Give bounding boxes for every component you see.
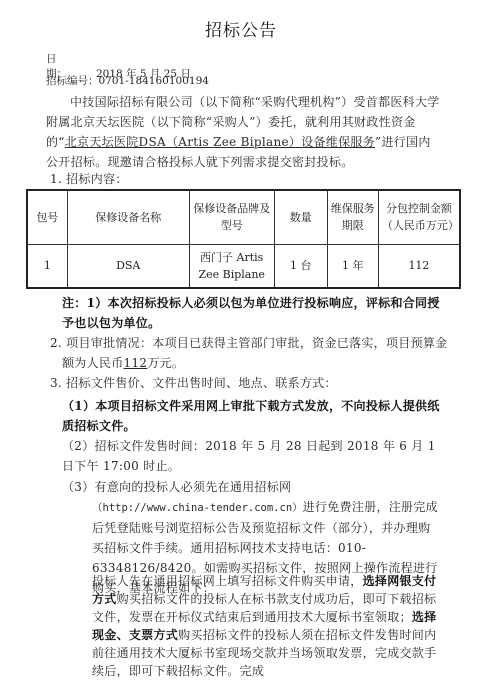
header-service-period: 维保服务期限: [327, 190, 378, 244]
header-service-period-line2: 期限: [342, 219, 364, 232]
cell-quantity: 1 台: [274, 244, 327, 288]
note-paragraph: 注：1）本次招标投标人必须以包为单位进行投标响应，评标和合同授予也以包为单位。: [62, 293, 442, 333]
header-amount-line1: 分包控制金额: [386, 202, 452, 215]
header-brand-model-line1: 保修设备品牌及: [193, 202, 270, 215]
section-2-text-2: 万元。: [147, 356, 184, 370]
project-name: 北京天坛医院DSA（Artis Zee Biplane）设备维保服务: [65, 135, 375, 149]
item-1-paragraph: （1）本项目招标文件采用网上审批下载方式发放，不向投标人提供纸质招标文件。: [62, 396, 442, 436]
tender-content-table: 包号 保修设备名称 保修设备品牌及型号 数量 维保服务期限 分包控制金额（人民币…: [26, 189, 461, 289]
tender-number-label: 招标编号：: [46, 73, 99, 88]
intro-paragraph: 中技国际招标有限公司（以下简称“采购代理机构”）受首都医科大学附属北京天坛医院（…: [46, 92, 442, 172]
header-brand-model-line2: 型号: [221, 219, 243, 232]
flow-text-1: 投标人先在通用招标网上填写招标文件购买申请，: [92, 574, 363, 588]
table-header-row: 包号 保修设备名称 保修设备品牌及型号 数量 维保服务期限 分包控制金额（人民币…: [27, 190, 460, 244]
tender-notice-page: 招标公告 日 期：2018 年 5 月 25 日 招标编号：0701-18416…: [0, 0, 482, 700]
flow-text-2: 购买招标文件的投标人在标书款支付成功后，即可下载招标文件，发票在开标仪式结束后到…: [92, 592, 436, 624]
tender-number-value: 0701-184160100194: [99, 75, 209, 87]
section-2-paragraph: 2. 项目审批情况：本项目已获得主管部门审批，资金已落实，项目预算金额为人民币1…: [50, 333, 454, 373]
cell-brand-model: 西门子 ArtisZee Biplane: [189, 244, 274, 288]
cell-service-period: 1 年: [327, 244, 378, 288]
header-quantity: 数量: [274, 190, 327, 244]
cell-brand-model-line2: Zee Biplane: [198, 268, 264, 281]
budget-amount: 112: [124, 356, 148, 370]
cell-brand-model-line1: 西门子 Artis: [200, 251, 263, 264]
cell-equipment-name: DSA: [67, 244, 189, 288]
header-package-no: 包号: [27, 190, 67, 244]
header-amount: 分包控制金额（人民币万元）: [378, 190, 460, 244]
header-brand-model: 保修设备品牌及型号: [189, 190, 274, 244]
china-tender-url: （http://www.china-tender.com.cn）: [92, 502, 303, 514]
section-2-text-1: 2. 项目审批情况：本项目已获得主管部门审批，资金已落实，项目预算金额为人民币: [50, 336, 447, 370]
tender-number-line: 招标编号：0701-184160100194: [46, 73, 209, 88]
section-3-heading: 3. 招标文件售价、文件出售时间、地点、联系方式：: [50, 373, 337, 393]
cell-amount: 112: [378, 244, 460, 288]
header-equipment-name: 保修设备名称: [67, 190, 189, 244]
purchase-flow-paragraph: 投标人先在通用招标网上填写招标文件购买申请，选择网银支付方式购买招标文件的投标人…: [92, 572, 442, 680]
item-3-lead: （3）有意向的投标人必须先在通用招标网: [62, 480, 291, 494]
header-amount-line2: （人民币万元）: [382, 219, 459, 232]
section-1-heading: 1. 招标内容：: [50, 169, 128, 189]
item-2-paragraph: （2）招标文件发售时间：2018 年 5 月 28 日起到 2018 年 6 月…: [62, 436, 442, 476]
document-title: 招标公告: [0, 16, 482, 41]
header-service-period-line1: 维保服务: [331, 202, 375, 215]
table-row: 1 DSA 西门子 ArtisZee Biplane 1 台 1 年 112: [27, 244, 460, 288]
cell-package-no: 1: [27, 244, 67, 288]
